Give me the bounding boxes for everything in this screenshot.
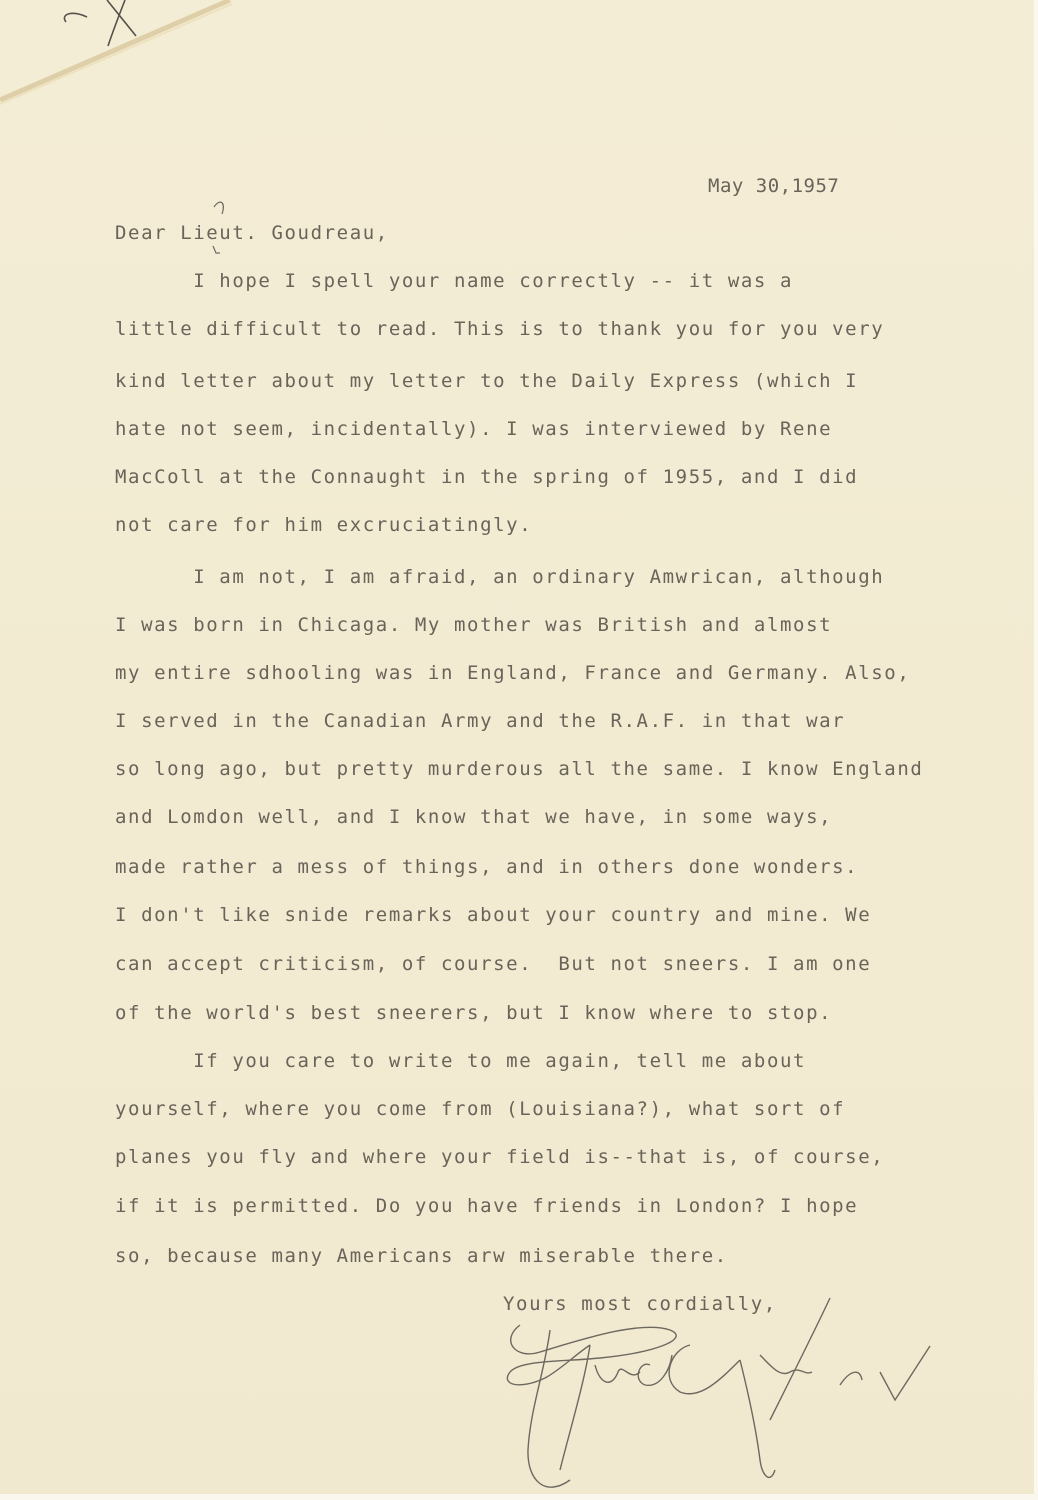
paragraph-1-line: I hope I spell your name correctly -- it… — [115, 270, 793, 292]
paragraph-3-line: If you care to write to me again, tell m… — [115, 1050, 806, 1072]
paragraph-1-line: kind letter about my letter to the Daily… — [115, 370, 858, 392]
paragraph-2-line: so long ago, but pretty murderous all th… — [115, 758, 923, 780]
paragraph-1-line: hate not seem, incidentally). I was inte… — [115, 418, 832, 440]
paragraph-2-line: I am not, I am afraid, an ordinary Amwri… — [115, 566, 884, 588]
paragraph-1-line: MacColl at the Connaught in the spring o… — [115, 466, 858, 488]
paper-edge-right — [1034, 0, 1038, 1500]
paragraph-2-line: made rather a mess of things, and in oth… — [115, 856, 858, 878]
paragraph-2-line: of the world's best sneerers, but I know… — [115, 1002, 832, 1024]
paragraph-1-line: not care for him excruciatingly. — [115, 514, 532, 536]
paragraph-3-line: planes you fly and where your field is--… — [115, 1146, 884, 1168]
paragraph-1-line: little difficult to read. This is to tha… — [115, 318, 884, 340]
paragraph-2-line: I don't like snide remarks about your co… — [115, 904, 871, 926]
paragraph-2-line: my entire sdhooling was in England, Fran… — [115, 662, 910, 684]
paragraph-2-line: can accept criticism, of course. But not… — [115, 953, 871, 975]
paragraph-3-line: if it is permitted. Do you have friends … — [115, 1195, 858, 1217]
paragraph-3-line: so, because many Americans arw miserable… — [115, 1245, 728, 1267]
letter-date: May 30,1957 — [708, 175, 839, 197]
letter-closing: Yours most cordially, — [503, 1293, 777, 1315]
paragraph-2-line: and Lomdon well, and I know that we have… — [115, 806, 832, 828]
paragraph-3-line: yourself, where you come from (Louisiana… — [115, 1098, 845, 1120]
paper-edge-bottom — [0, 1494, 1038, 1500]
letter-salutation: Dear Lieut. Goudreau, — [115, 222, 389, 244]
paragraph-2-line: I served in the Canadian Army and the R.… — [115, 710, 845, 732]
paragraph-2-line: I was born in Chicaga. My mother was Bri… — [115, 614, 832, 636]
